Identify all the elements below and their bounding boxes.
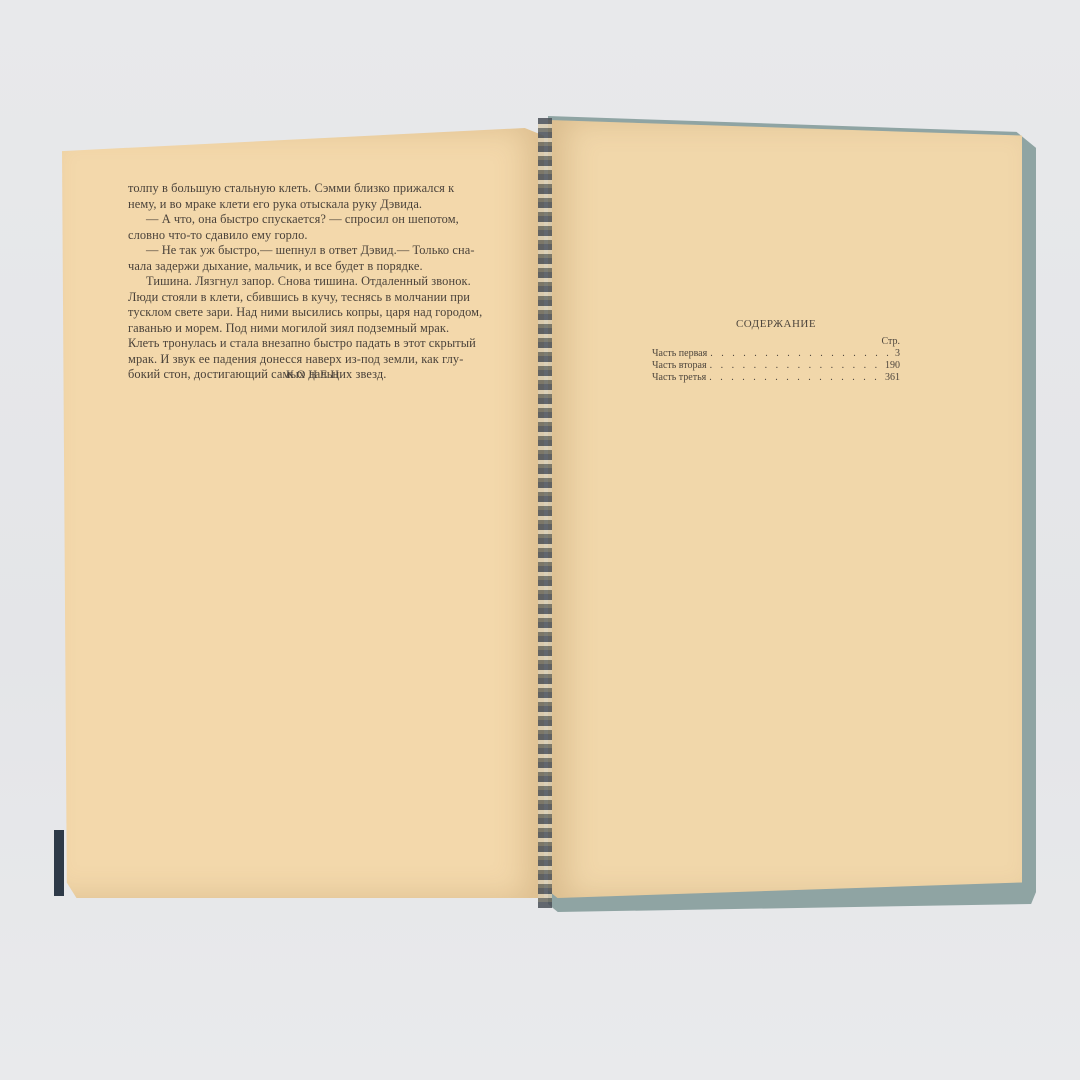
text-line: — А что, она быстро спускается? — спроси… <box>128 212 534 228</box>
text-line: чала задержи дыхание, мальчик, и все буд… <box>128 259 534 275</box>
toc-entry: Часть первая . . . . . . . . . . . . . .… <box>652 348 900 360</box>
text-line: — Не так уж быстро,— шепнул в ответ Дэви… <box>128 243 534 259</box>
final-text-block: толпу в большую стальную клеть. Сэмми бл… <box>128 181 534 383</box>
toc-leader-dots: . . . . . . . . . . . . . . . . . . . . … <box>710 348 892 360</box>
toc-entry-label: Часть первая <box>652 348 707 360</box>
text-line: нему, и во мраке клети его рука отыскала… <box>128 197 534 213</box>
text-line: Тишина. Лязгнул запор. Снова тишина. Отд… <box>128 274 534 290</box>
text-line: гаванью и морем. Под ними могилой зиял п… <box>128 321 534 337</box>
toc-entry-label: Часть вторая <box>652 360 707 372</box>
ending-label: КОНЕЦ <box>286 367 342 382</box>
toc-title: СОДЕРЖАНИЕ <box>652 318 900 330</box>
text-line: словно что-то сдавило ему горло. <box>128 228 534 244</box>
text-line: толпу в большую стальную клеть. Сэмми бл… <box>128 181 534 197</box>
table-of-contents: СОДЕРЖАНИЕ Стр. Часть первая . . . . . .… <box>652 318 900 384</box>
text-line: тусклом свете зари. Над ними высились ко… <box>128 305 534 321</box>
text-line: Клеть тронулась и стала внезапно быстро … <box>128 336 534 352</box>
toc-entry-label: Часть третья <box>652 372 706 384</box>
toc-leader-dots: . . . . . . . . . . . . . . . . . . . . … <box>710 360 882 372</box>
right-page <box>548 120 1022 898</box>
toc-leader-dots: . . . . . . . . . . . . . . . . . . . . … <box>709 372 882 384</box>
book-cover-front-edge <box>54 830 64 896</box>
toc-entry-page: 3 <box>895 348 900 360</box>
toc-entry: Часть вторая . . . . . . . . . . . . . .… <box>652 360 900 372</box>
text-line: мрак. И звук ее падения донесся наверх и… <box>128 352 534 368</box>
toc-entry: Часть третья . . . . . . . . . . . . . .… <box>652 372 900 384</box>
toc-entry-page: 190 <box>885 360 900 372</box>
text-line: Люди стояли в клети, сбившись в кучу, те… <box>128 290 534 306</box>
toc-entry-page: 361 <box>885 372 900 384</box>
book-spine <box>538 118 552 908</box>
toc-page-header: Стр. <box>652 336 900 348</box>
